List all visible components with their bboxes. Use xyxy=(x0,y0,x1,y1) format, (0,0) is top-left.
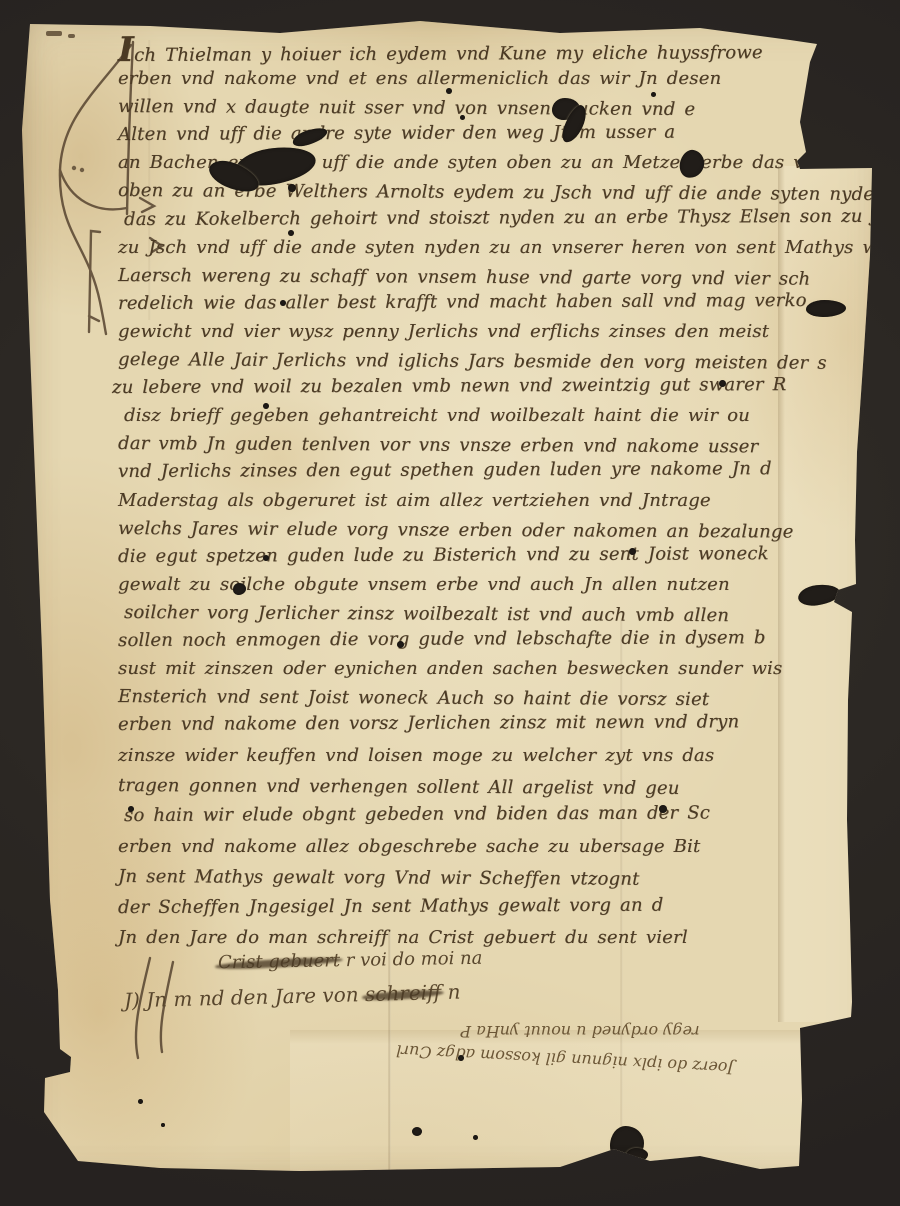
edge-shading xyxy=(0,0,900,1206)
parchment-document: Ich Thielman y hoiuer ich eydem vnd Kune… xyxy=(0,0,900,1206)
photo-background: Ich Thielman y hoiuer ich eydem vnd Kune… xyxy=(0,0,900,1206)
